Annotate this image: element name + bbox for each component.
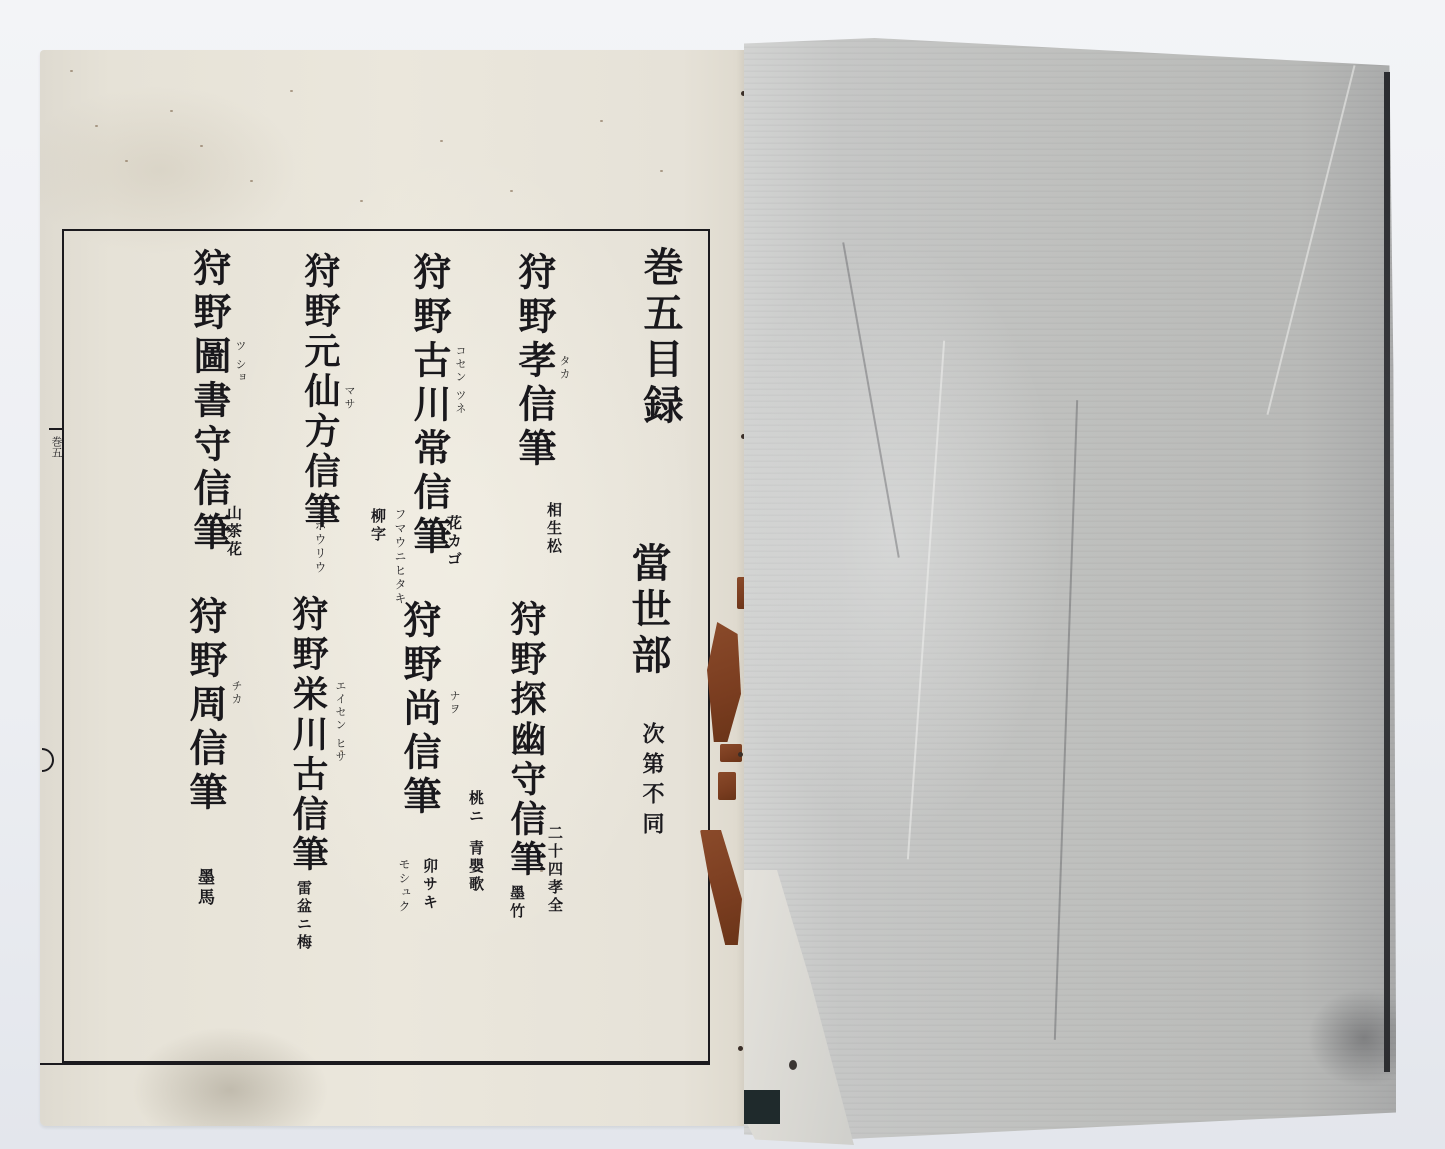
toc-entry-subject-3: 卯サキ: [420, 858, 441, 912]
paper-speck: [600, 120, 603, 122]
tape-fragment: [718, 772, 736, 800]
paper-speck: [440, 140, 443, 142]
paper-speck: [660, 170, 663, 172]
paper-speck: [290, 90, 293, 92]
toc-entry-subject: 墨馬: [192, 868, 217, 908]
paper-speck: [200, 145, 203, 147]
toc-entry-name: 狩野尚信筆: [400, 600, 438, 820]
toc-section-note: 次第不同: [636, 722, 667, 842]
toc-entry-ruby: マサ: [341, 385, 357, 411]
cover-edge-binding: [1384, 72, 1390, 1072]
toc-entry-name: 狩野孝信筆: [515, 252, 553, 472]
paper-speck: [70, 70, 73, 72]
toc-entry-ruby: エイセン ヒサ: [332, 680, 348, 764]
paper-speck: [125, 160, 128, 162]
toc-entry-subject-3: 柳字: [368, 508, 389, 544]
toc-entry-subject: ブホウリウ: [312, 505, 329, 575]
toc-entry-ruby: タカ: [556, 355, 572, 381]
toc-entry-subject-2: 墨竹: [507, 885, 528, 921]
toc-section: 當世部: [628, 542, 668, 680]
paper-speck: [95, 125, 98, 127]
toc-entry-name: 狩野栄川古信筆: [290, 595, 326, 875]
toc-entry-subject-2: 青嬰歌: [466, 840, 487, 894]
bottom-border-line: [40, 1063, 710, 1065]
margin-tab-mark: [49, 428, 62, 430]
toc-entry-name: 狩野探幽守信筆: [508, 600, 544, 880]
binding-hole: [738, 1046, 743, 1051]
paper-speck: [510, 190, 513, 192]
toc-entry-name: 狩野周信筆: [186, 596, 224, 816]
toc-entry-name: 狩野圖書守信筆: [190, 248, 228, 556]
toc-entry-subject: 山茶花: [224, 505, 245, 559]
toc-entry-subject: 花カゴ: [444, 515, 465, 569]
toc-entry-subject: 桃ニ: [466, 790, 487, 826]
toc-entry-ruby: ツ ショ: [232, 340, 248, 385]
toc-entry-ruby: コセン ツネ: [452, 345, 468, 416]
toc-entry-name: 狩野古川常信筆: [410, 252, 448, 560]
toc-entry-name: 狩野元仙方信筆: [302, 252, 338, 532]
binding-hole: [738, 752, 743, 757]
paper-speck: [360, 200, 363, 202]
spine-strip: [744, 1090, 780, 1124]
toc-title: 巻五目録: [640, 246, 680, 430]
paper-speck: [250, 180, 253, 182]
toc-entry-subject-4: モシュク: [396, 858, 413, 914]
printed-border-frame: [62, 229, 710, 1063]
paper-speck: [170, 110, 173, 112]
toc-entry-subject: 二十四孝全: [545, 825, 566, 915]
toc-entry-ruby: チカ: [228, 680, 244, 706]
toc-entry-ruby: ナヲ: [446, 690, 462, 716]
binding-hole: [789, 1060, 797, 1070]
toc-entry-subject: 相生松: [544, 502, 565, 556]
toc-entry-subject-2: フマウニヒタキ: [392, 508, 409, 606]
margin-tab-glyph: 巻五: [48, 436, 64, 458]
toc-entry-subject: 雷盆ニ梅: [294, 880, 315, 952]
